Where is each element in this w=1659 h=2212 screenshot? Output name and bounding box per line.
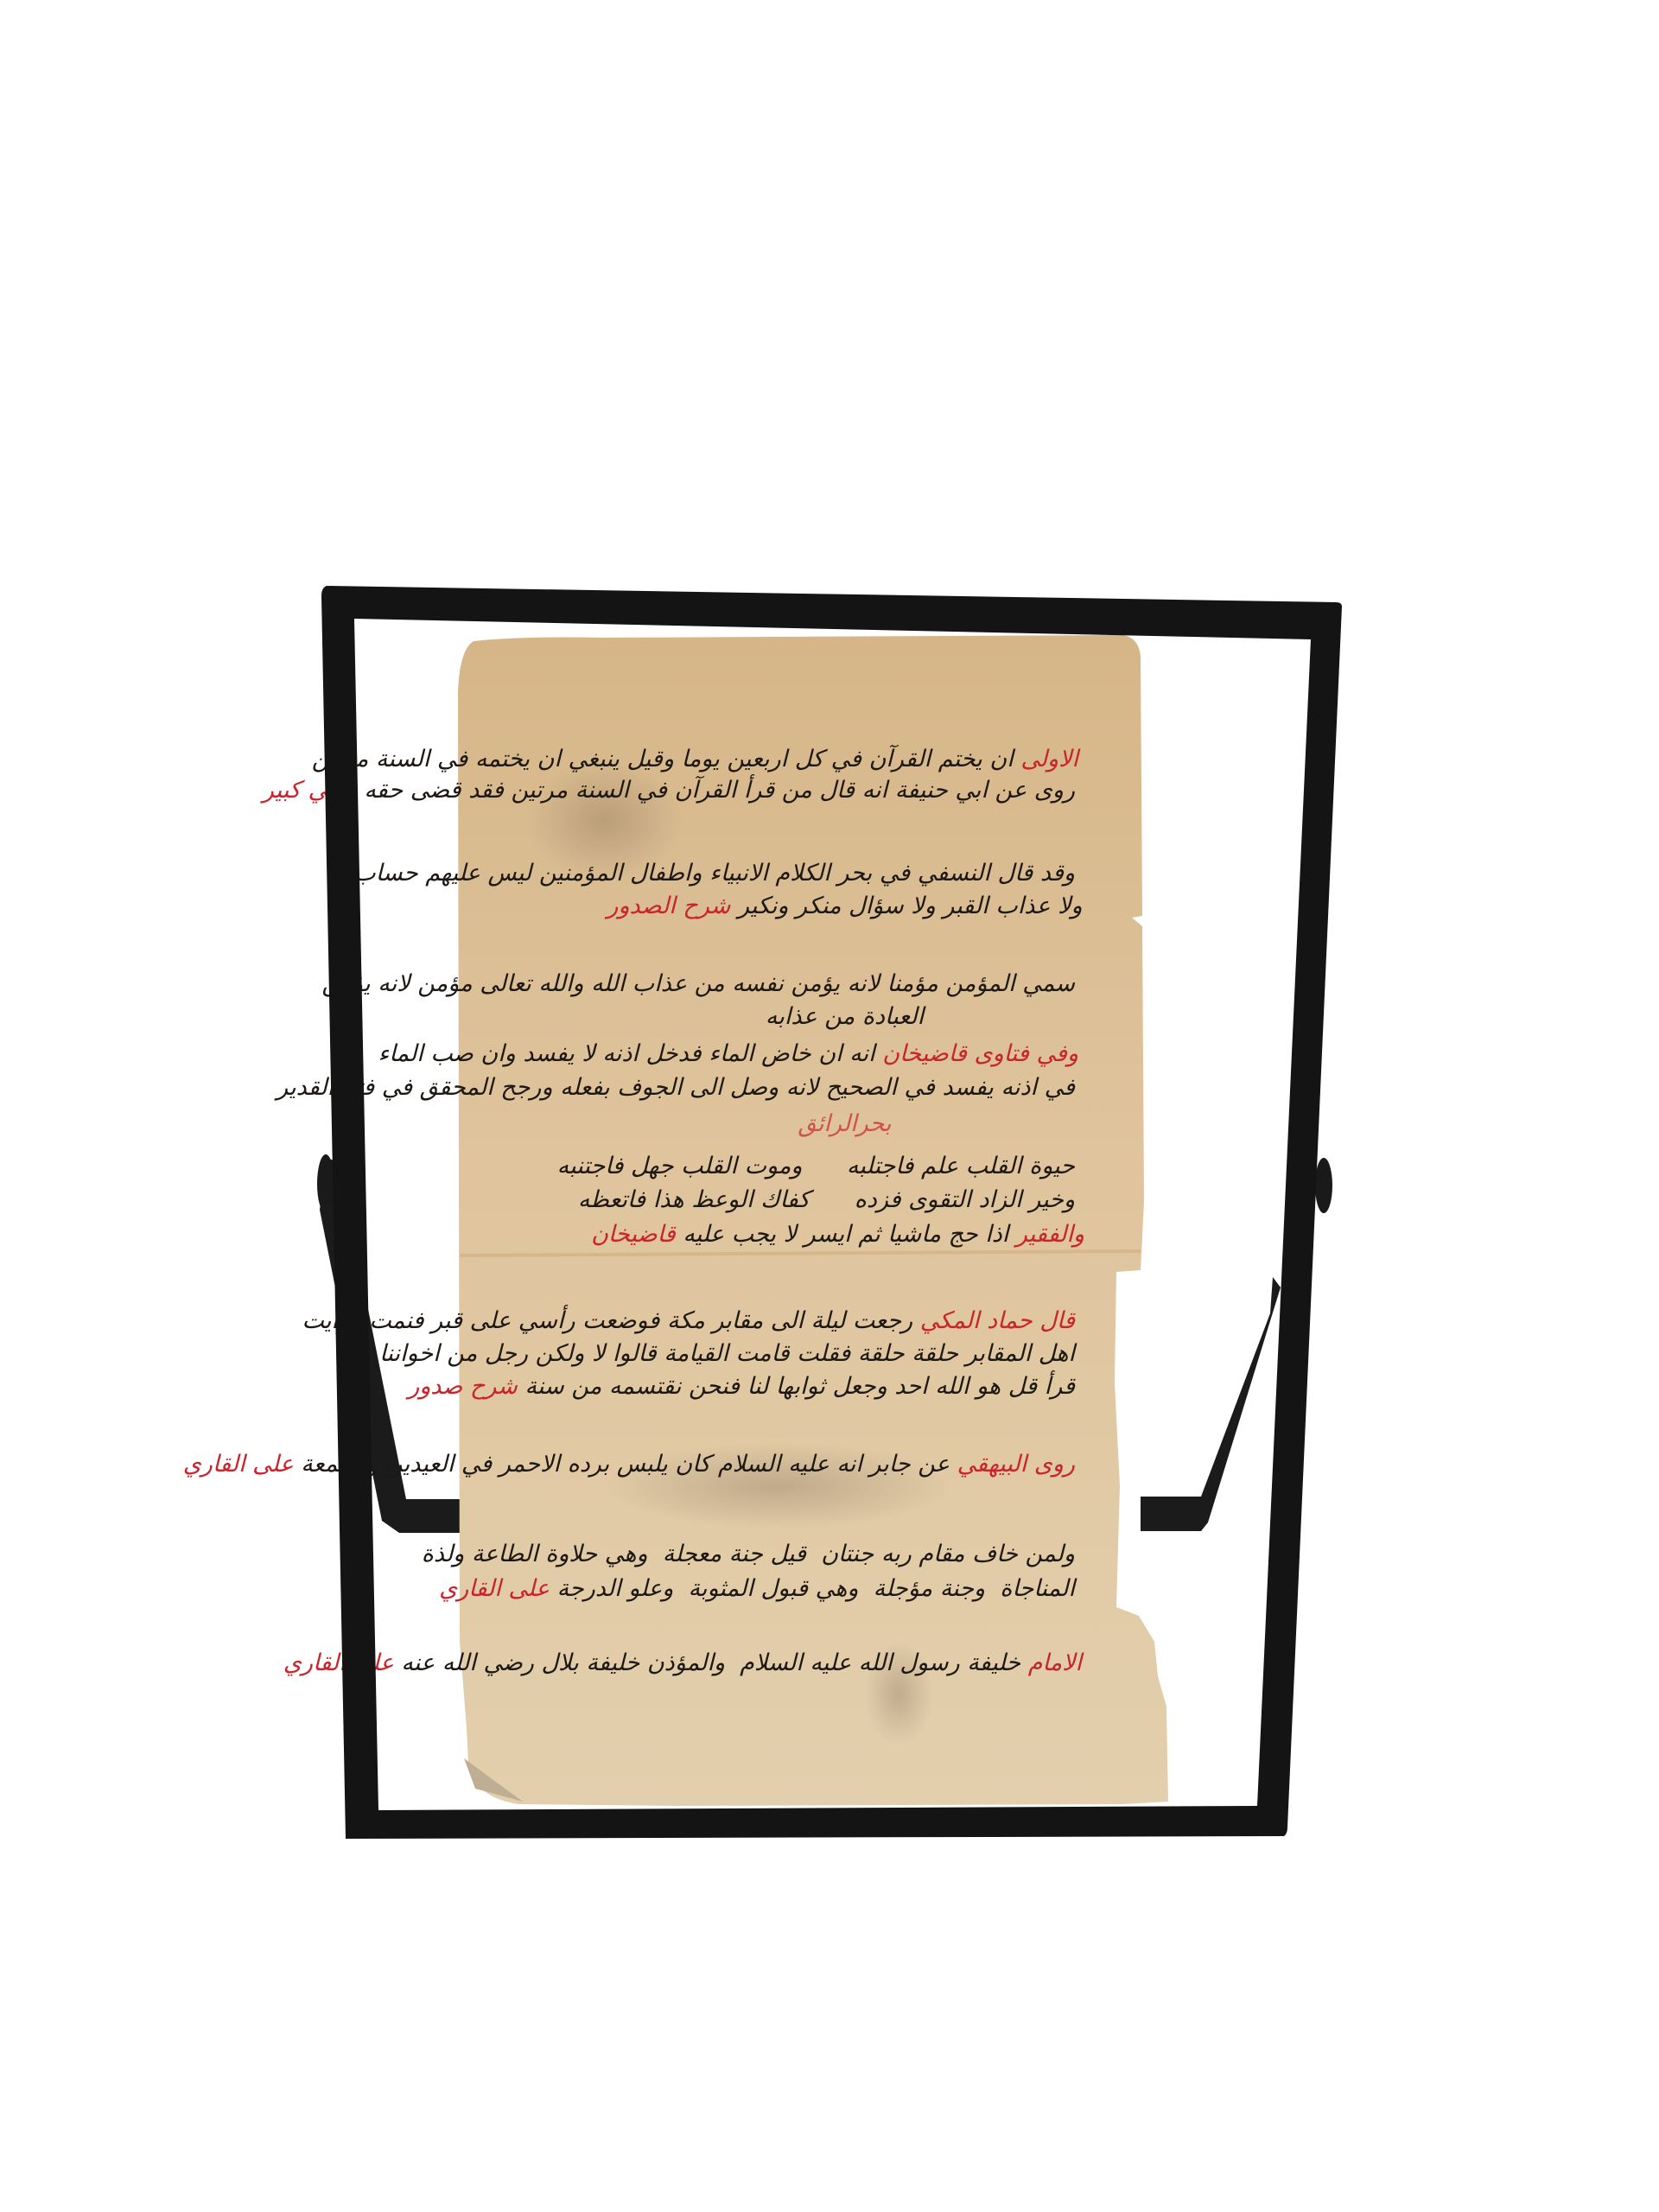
black-metal-frame [0,0,1659,2212]
framed-manuscript-scene: الاولى ان يختم القرآن في كل اربعين يوما … [0,0,1659,2212]
frame-border [321,586,1342,1839]
